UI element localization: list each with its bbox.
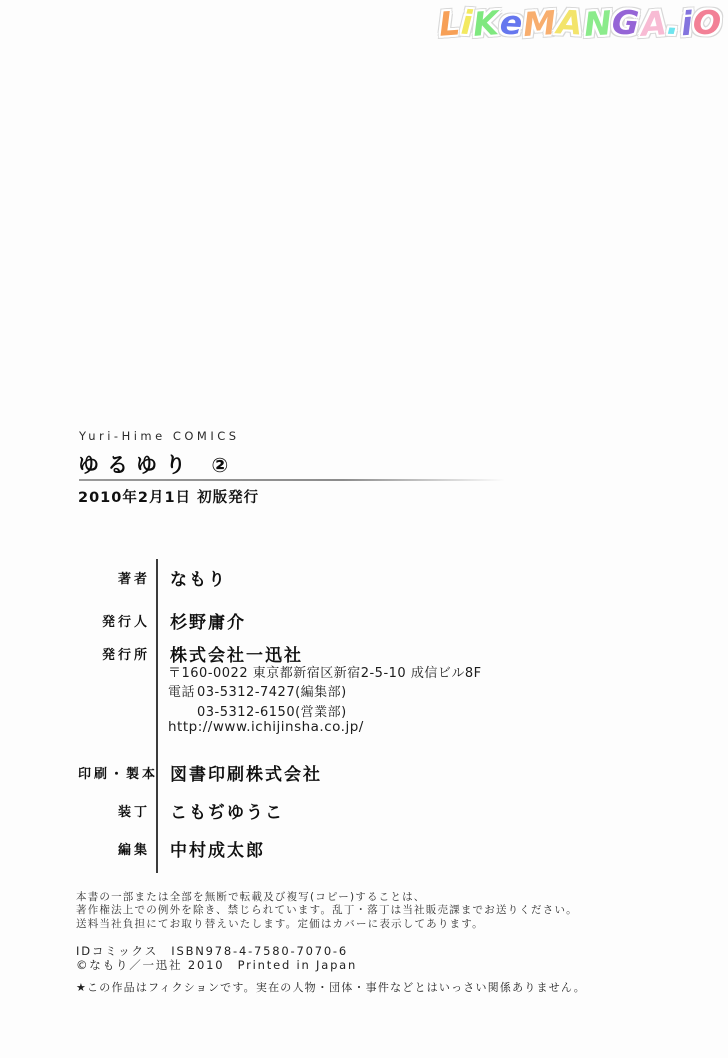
copyright-line: 本書の一部または全部を無断で転載及び複写(コピー)することは、 [76, 891, 578, 904]
copyright-line: 著作権法上での例外を除き、禁じられています。乱丁・落丁は当社販売課までお送りくだ… [76, 904, 578, 917]
watermark-letter: O [692, 2, 723, 42]
watermark-letter: N [583, 3, 614, 44]
row-label: 発行所 [78, 641, 147, 663]
watermark-letter: e [499, 2, 524, 42]
colophon-row-publisher-person: 発行人 杉野庸介 [78, 608, 246, 633]
row-value: こもぢゆうこ [170, 798, 284, 823]
colophon-row-author: 著者 なもり [78, 565, 227, 590]
watermark-letter: K [472, 3, 501, 44]
publisher-tel-sales: 03-5312-6150(営業部) [197, 701, 347, 720]
series-imprint-label: Yuri-Hime COMICS [79, 429, 240, 443]
tel-label: 電話 [168, 681, 197, 700]
publisher-url: http://www.ichijinsha.co.jp/ [168, 719, 364, 735]
row-label: 装丁 [78, 798, 147, 820]
colophon-row-editor: 編集 中村成太郎 [78, 836, 265, 861]
watermark-letter: M [522, 3, 558, 44]
colophon-block: 著者 なもり 発行人 杉野庸介 発行所 株式会社一迅社 〒160-0022 東京… [78, 559, 698, 879]
row-value: 図書印刷株式会社 [170, 760, 322, 785]
row-value: 中村成太郎 [170, 836, 265, 861]
edition-date: 2010年2月1日 初版発行 [78, 486, 259, 507]
title-text: ゆるゆり [78, 453, 194, 477]
tel-number: 03-5312-7427(編集部) [197, 681, 347, 700]
publisher-tel-editorial: 電話 03-5312-7427(編集部) [168, 681, 347, 700]
row-label: 発行人 [78, 608, 147, 630]
watermark-letter: A [639, 3, 668, 44]
fiction-disclaimer: ★この作品はフィクションです。実在の人物・団体・事件などとはいっさい関係ありませ… [76, 979, 586, 995]
row-value: なもり [170, 565, 227, 590]
row-label: 著者 [78, 565, 147, 587]
row-value: 杉野庸介 [170, 608, 246, 633]
watermark-logo: LiKeMANGA.iO [439, 3, 722, 42]
watermark-letter: G [611, 2, 641, 42]
colophon-row-designer: 装丁 こもぢゆうこ [78, 798, 284, 823]
colophon-divider-line [156, 559, 158, 873]
title-divider-rule [79, 479, 505, 481]
page-title: ゆるゆり ② [78, 449, 228, 479]
row-label: 印刷・製本 [78, 760, 147, 782]
copyright-line: 送料当社負担にてお取り替えいたします。定価はカバーに表示してあります。 [76, 918, 578, 931]
volume-number-badge: ② [211, 453, 228, 477]
copyright-credit-line: ©なもり／一迅社 2010 Printed in Japan [76, 957, 357, 973]
colophon-row-printer: 印刷・製本 図書印刷株式会社 [78, 760, 322, 785]
watermark-letter: A [556, 2, 585, 42]
copyright-notice: 本書の一部または全部を無断で転載及び複写(コピー)することは、 著作権法上での例… [76, 891, 578, 931]
publisher-address: 〒160-0022 東京都新宿区新宿2-5-10 成信ビル8F [168, 662, 482, 681]
watermark-letter: L [438, 3, 463, 43]
row-label: 編集 [78, 836, 147, 858]
